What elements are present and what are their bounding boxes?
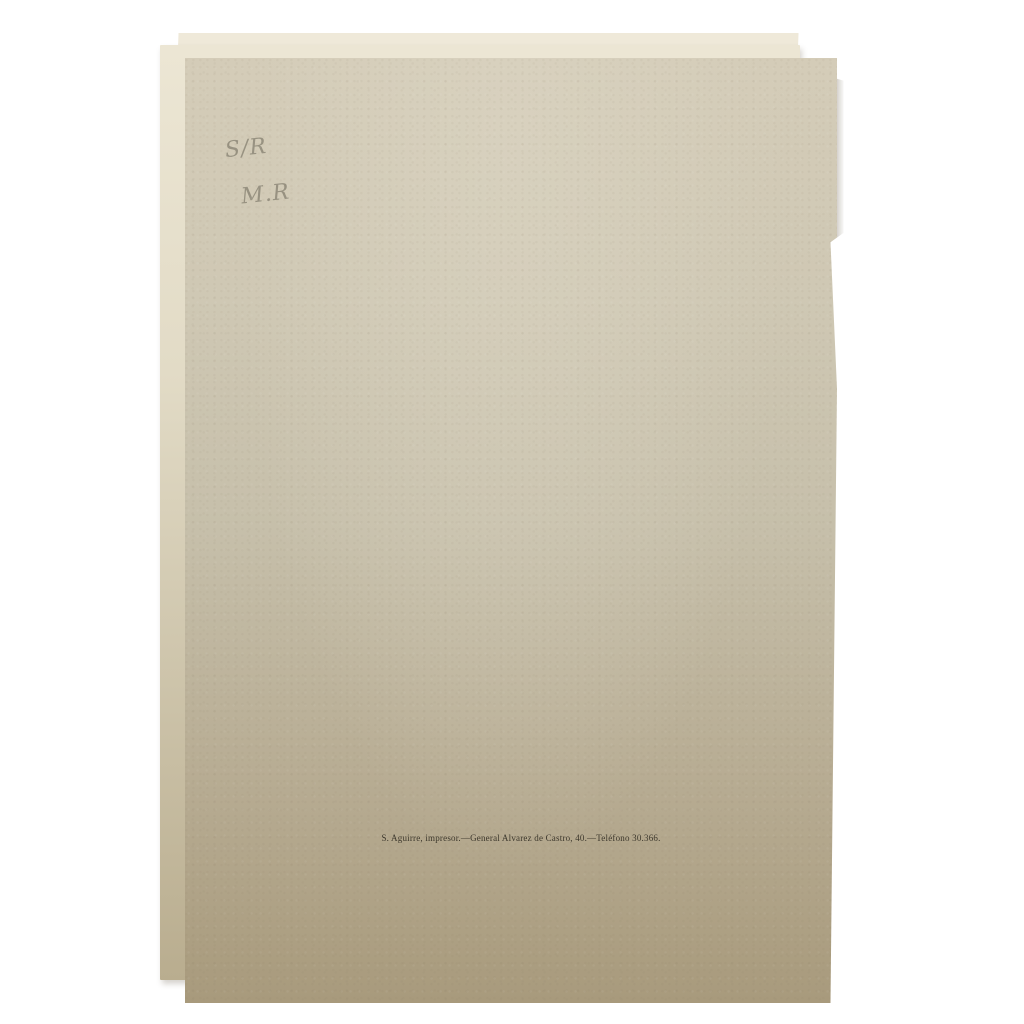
pencil-annotation: M.R: [240, 180, 291, 210]
document-back-cover: S/R M.R S. Aguirre, impresor.—General Al…: [185, 58, 837, 1003]
printer-imprint: S. Aguirre, impresor.—General Alvarez de…: [185, 833, 837, 843]
photo-scene: S/R M.R S. Aguirre, impresor.—General Al…: [0, 0, 1024, 1024]
pencil-annotation: S/R: [224, 134, 268, 163]
